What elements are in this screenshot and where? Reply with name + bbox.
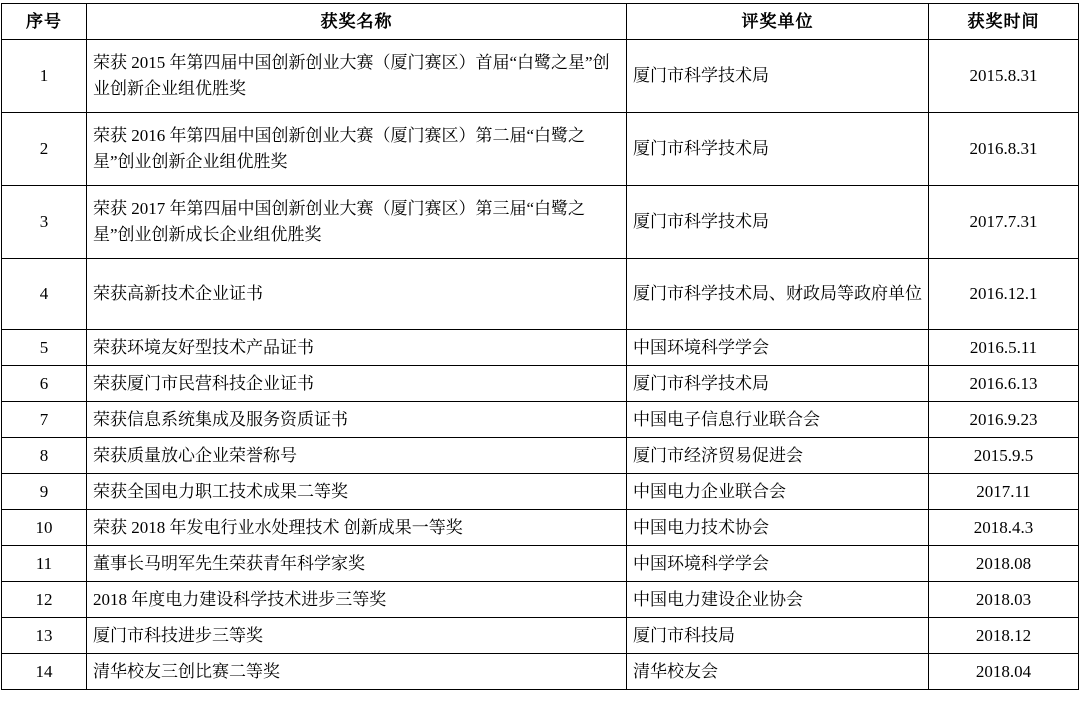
cell-awarding-org: 厦门市科学技术局 xyxy=(627,40,929,113)
table-row: 11 董事长马明军先生荣获青年科学家奖 中国环境科学学会 2018.08 xyxy=(2,546,1079,582)
cell-awarding-org: 中国电力建设企业协会 xyxy=(627,582,929,618)
cell-serial: 1 xyxy=(2,40,87,113)
cell-award-name: 荣获环境友好型技术产品证书 xyxy=(87,330,627,366)
cell-award-date: 2016.6.13 xyxy=(929,366,1079,402)
cell-award-date: 2018.4.3 xyxy=(929,510,1079,546)
cell-award-name: 荣获 2016 年第四届中国创新创业大赛（厦门赛区）第二届“白鹭之星”创业创新企… xyxy=(87,113,627,186)
cell-serial: 6 xyxy=(2,366,87,402)
cell-award-date: 2018.08 xyxy=(929,546,1079,582)
cell-awarding-org: 厦门市科学技术局 xyxy=(627,113,929,186)
cell-award-date: 2015.8.31 xyxy=(929,40,1079,113)
table-row: 6 荣获厦门市民营科技企业证书 厦门市科学技术局 2016.6.13 xyxy=(2,366,1079,402)
cell-award-name: 荣获质量放心企业荣誉称号 xyxy=(87,438,627,474)
cell-awarding-org: 厦门市科学技术局 xyxy=(627,186,929,259)
cell-award-name: 荣获 2017 年第四届中国创新创业大赛（厦门赛区）第三届“白鹭之星”创业创新成… xyxy=(87,186,627,259)
cell-awarding-org: 厦门市科学技术局 xyxy=(627,366,929,402)
cell-awarding-org: 中国电子信息行业联合会 xyxy=(627,402,929,438)
cell-serial: 9 xyxy=(2,474,87,510)
cell-awarding-org: 厦门市经济贸易促进会 xyxy=(627,438,929,474)
cell-serial: 8 xyxy=(2,438,87,474)
cell-awarding-org: 中国电力企业联合会 xyxy=(627,474,929,510)
awards-table-page: 序号 获奖名称 评奖单位 获奖时间 1 荣获 2015 年第四届中国创新创业大赛… xyxy=(0,0,1079,715)
cell-award-name: 董事长马明军先生荣获青年科学家奖 xyxy=(87,546,627,582)
cell-award-name: 荣获信息系统集成及服务资质证书 xyxy=(87,402,627,438)
col-header-awarding-org: 评奖单位 xyxy=(627,4,929,40)
cell-award-name: 2018 年度电力建设科学技术进步三等奖 xyxy=(87,582,627,618)
cell-award-date: 2017.11 xyxy=(929,474,1079,510)
table-row: 2 荣获 2016 年第四届中国创新创业大赛（厦门赛区）第二届“白鹭之星”创业创… xyxy=(2,113,1079,186)
table-row: 14 清华校友三创比赛二等奖 清华校友会 2018.04 xyxy=(2,654,1079,690)
col-header-award-name: 获奖名称 xyxy=(87,4,627,40)
table-row: 4 荣获高新技术企业证书 厦门市科学技术局、财政局等政府单位 2016.12.1 xyxy=(2,259,1079,330)
table-row: 12 2018 年度电力建设科学技术进步三等奖 中国电力建设企业协会 2018.… xyxy=(2,582,1079,618)
cell-serial: 4 xyxy=(2,259,87,330)
cell-awarding-org: 清华校友会 xyxy=(627,654,929,690)
cell-awarding-org: 厦门市科技局 xyxy=(627,618,929,654)
col-header-serial: 序号 xyxy=(2,4,87,40)
table-row: 5 荣获环境友好型技术产品证书 中国环境科学学会 2016.5.11 xyxy=(2,330,1079,366)
table-row: 13 厦门市科技进步三等奖 厦门市科技局 2018.12 xyxy=(2,618,1079,654)
cell-award-date: 2018.04 xyxy=(929,654,1079,690)
cell-award-date: 2016.8.31 xyxy=(929,113,1079,186)
table-row: 10 荣获 2018 年发电行业水处理技术 创新成果一等奖 中国电力技术协会 2… xyxy=(2,510,1079,546)
cell-serial: 2 xyxy=(2,113,87,186)
cell-serial: 5 xyxy=(2,330,87,366)
table-row: 9 荣获全国电力职工技术成果二等奖 中国电力企业联合会 2017.11 xyxy=(2,474,1079,510)
table-header-row: 序号 获奖名称 评奖单位 获奖时间 xyxy=(2,4,1079,40)
cell-award-name: 荣获高新技术企业证书 xyxy=(87,259,627,330)
cell-award-date: 2015.9.5 xyxy=(929,438,1079,474)
cell-award-date: 2018.12 xyxy=(929,618,1079,654)
cell-awarding-org: 中国电力技术协会 xyxy=(627,510,929,546)
cell-award-name: 荣获 2018 年发电行业水处理技术 创新成果一等奖 xyxy=(87,510,627,546)
cell-award-name: 荣获 2015 年第四届中国创新创业大赛（厦门赛区）首届“白鹭之星”创业创新企业… xyxy=(87,40,627,113)
cell-serial: 11 xyxy=(2,546,87,582)
cell-serial: 14 xyxy=(2,654,87,690)
cell-awarding-org: 中国环境科学学会 xyxy=(627,546,929,582)
table-row: 1 荣获 2015 年第四届中国创新创业大赛（厦门赛区）首届“白鹭之星”创业创新… xyxy=(2,40,1079,113)
cell-awarding-org: 中国环境科学学会 xyxy=(627,330,929,366)
table-row: 3 荣获 2017 年第四届中国创新创业大赛（厦门赛区）第三届“白鹭之星”创业创… xyxy=(2,186,1079,259)
cell-award-date: 2016.5.11 xyxy=(929,330,1079,366)
table-row: 7 荣获信息系统集成及服务资质证书 中国电子信息行业联合会 2016.9.23 xyxy=(2,402,1079,438)
cell-award-name: 荣获全国电力职工技术成果二等奖 xyxy=(87,474,627,510)
cell-award-name: 荣获厦门市民营科技企业证书 xyxy=(87,366,627,402)
cell-award-date: 2016.12.1 xyxy=(929,259,1079,330)
col-header-award-date: 获奖时间 xyxy=(929,4,1079,40)
cell-serial: 12 xyxy=(2,582,87,618)
cell-serial: 3 xyxy=(2,186,87,259)
cell-serial: 13 xyxy=(2,618,87,654)
table-row: 8 荣获质量放心企业荣誉称号 厦门市经济贸易促进会 2015.9.5 xyxy=(2,438,1079,474)
cell-award-name: 清华校友三创比赛二等奖 xyxy=(87,654,627,690)
cell-awarding-org: 厦门市科学技术局、财政局等政府单位 xyxy=(627,259,929,330)
cell-award-date: 2017.7.31 xyxy=(929,186,1079,259)
cell-serial: 10 xyxy=(2,510,87,546)
cell-award-name: 厦门市科技进步三等奖 xyxy=(87,618,627,654)
awards-table: 序号 获奖名称 评奖单位 获奖时间 1 荣获 2015 年第四届中国创新创业大赛… xyxy=(1,3,1079,690)
cell-award-date: 2018.03 xyxy=(929,582,1079,618)
cell-award-date: 2016.9.23 xyxy=(929,402,1079,438)
cell-serial: 7 xyxy=(2,402,87,438)
